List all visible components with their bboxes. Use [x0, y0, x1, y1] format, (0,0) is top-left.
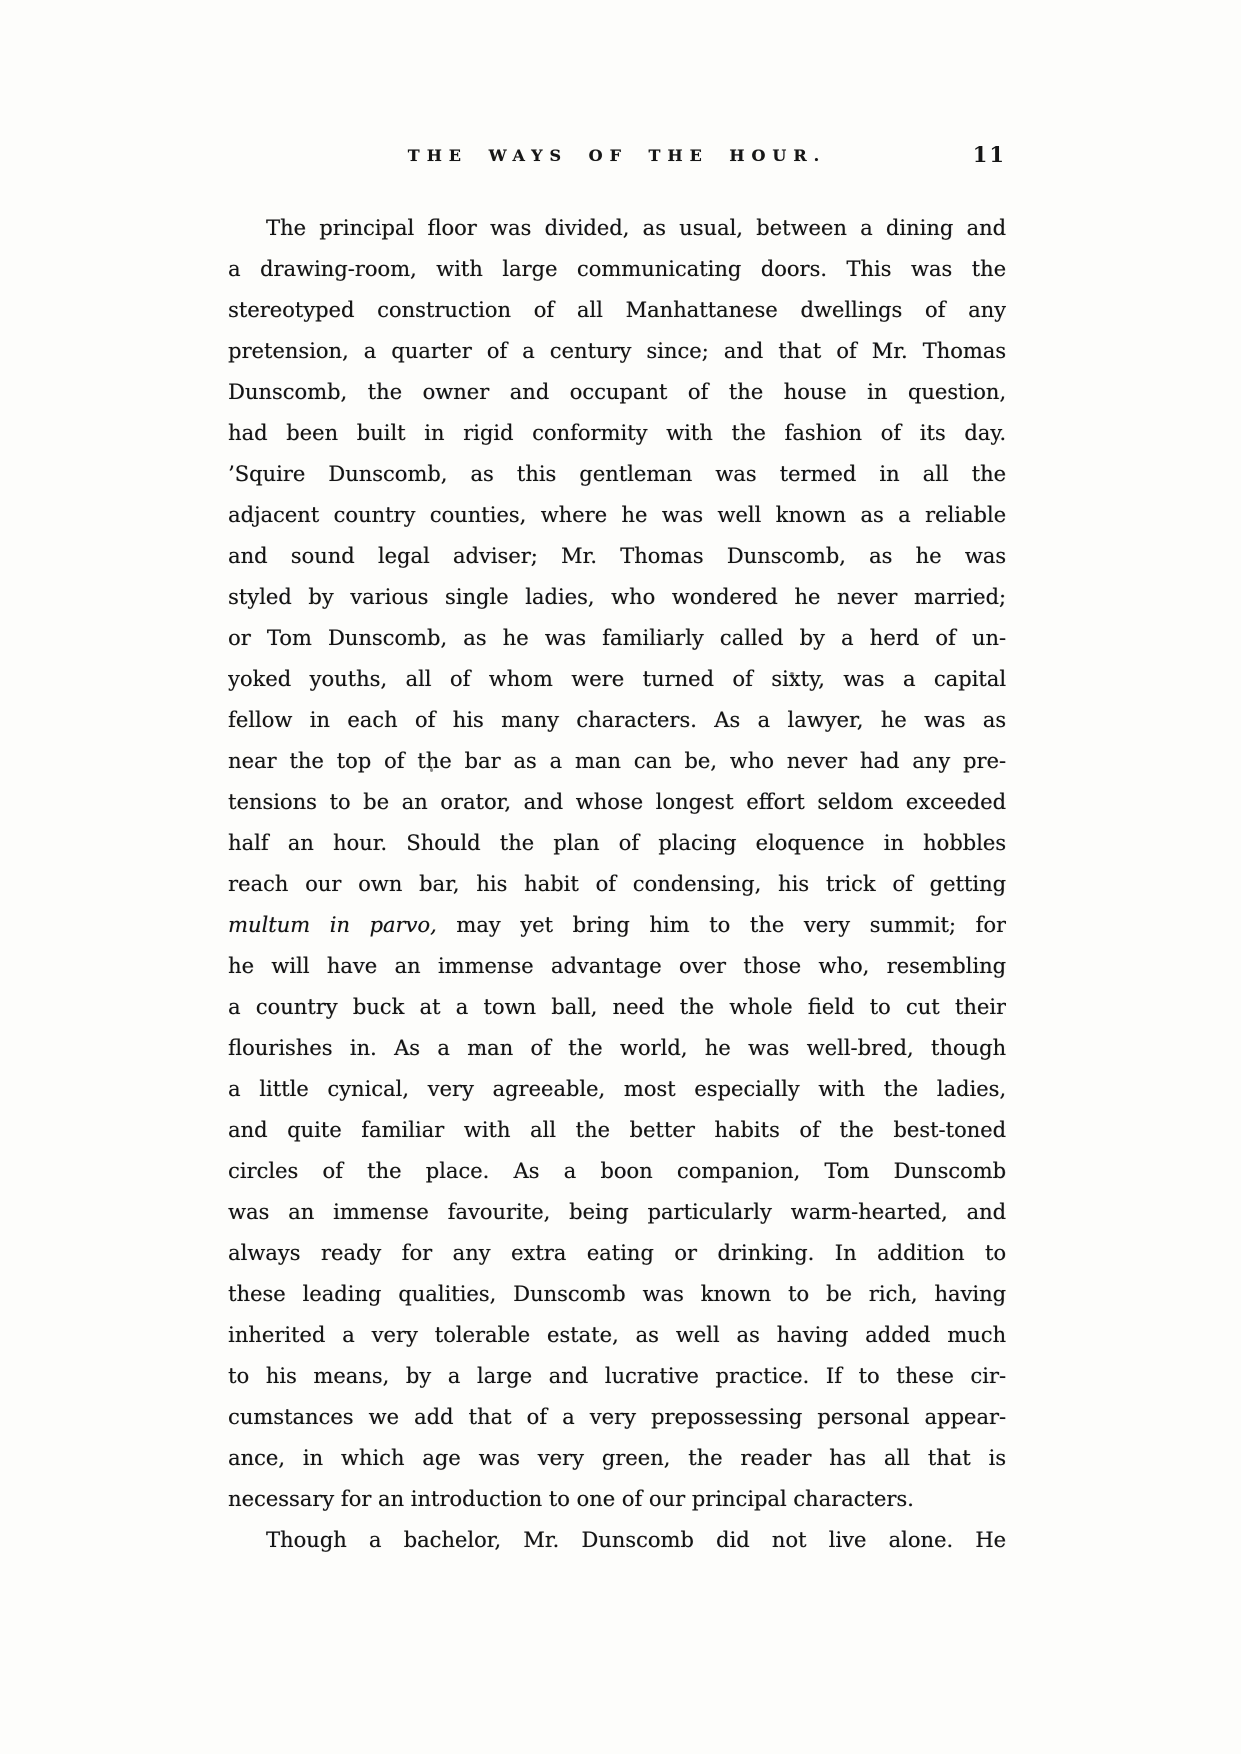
text-line: a drawing-room, with large communicating… [228, 249, 1006, 290]
text-line: flourishes in. As a man of the world, he… [228, 1028, 1006, 1069]
text-line: tensions to be an orator, and whose long… [228, 782, 1006, 823]
paragraph: The principal floor was divided, as usua… [228, 208, 1006, 1520]
text-line: pretension, a quarter of a century since… [228, 331, 1006, 372]
italic-phrase: multum in parvo, [228, 913, 437, 937]
text-line: and quite familiar with all the better h… [228, 1110, 1006, 1151]
page-number: 11 [973, 142, 1006, 167]
text-line: The principal floor was divided, as usua… [228, 208, 1006, 249]
book-page-scan: THE WAYS OF THE HOUR. 11 The principal f… [0, 0, 1241, 1754]
running-head: THE WAYS OF THE HOUR. 11 [228, 146, 1006, 176]
text-line: was an immense favourite, being particul… [228, 1192, 1006, 1233]
text-line: near the top of the bar as a man can be,… [228, 741, 1006, 782]
scan-speck [430, 768, 433, 772]
text-line: circles of the place. As a boon companio… [228, 1151, 1006, 1192]
text-line: stereotyped construction of all Manhatta… [228, 290, 1006, 331]
text-line: cumstances we add that of a very preposs… [228, 1397, 1006, 1438]
text-line: reach our own bar, his habit of condensi… [228, 864, 1006, 905]
text-line: had been built in rigid conformity with … [228, 413, 1006, 454]
scan-speck [478, 1046, 481, 1049]
text-line: styled by various single ladies, who won… [228, 577, 1006, 618]
text-line: always ready for any extra eating or dri… [228, 1233, 1006, 1274]
text-line: fellow in each of his many characters. A… [228, 700, 1006, 741]
text-line: necessary for an introduction to one of … [228, 1479, 1006, 1520]
text-line: Though a bachelor, Mr. Dunscomb did not … [228, 1520, 1006, 1561]
text-line: multum in parvo, may yet bring him to th… [228, 905, 1006, 946]
text-line: Dunscomb, the owner and occupant of the … [228, 372, 1006, 413]
text-line: ance, in which age was very green, the r… [228, 1438, 1006, 1479]
text-line: these leading qualities, Dunscomb was kn… [228, 1274, 1006, 1315]
text-line: or Tom Dunscomb, as he was familiarly ca… [228, 618, 1006, 659]
running-title: THE WAYS OF THE HOUR. [228, 146, 1006, 165]
text-line: and sound legal adviser; Mr. Thomas Duns… [228, 536, 1006, 577]
text-line: half an hour. Should the plan of placing… [228, 823, 1006, 864]
text-line: yoked youths, all of whom were turned of… [228, 659, 1006, 700]
text-line: to his means, by a large and lucrative p… [228, 1356, 1006, 1397]
text-line: ’Squire Dunscomb, as this gentleman was … [228, 454, 1006, 495]
paragraph: Though a bachelor, Mr. Dunscomb did not … [228, 1520, 1006, 1561]
text-line: a country buck at a town ball, need the … [228, 987, 1006, 1028]
text-line: adjacent country counties, where he was … [228, 495, 1006, 536]
text-segment: may yet bring him to the very summit; fo… [437, 913, 1006, 937]
text-line: inherited a very tolerable estate, as we… [228, 1315, 1006, 1356]
scan-speck [790, 672, 794, 675]
text-line: he will have an immense advantage over t… [228, 946, 1006, 987]
text-line: a little cynical, very agreeable, most e… [228, 1069, 1006, 1110]
body-text: The principal floor was divided, as usua… [228, 208, 1006, 1561]
